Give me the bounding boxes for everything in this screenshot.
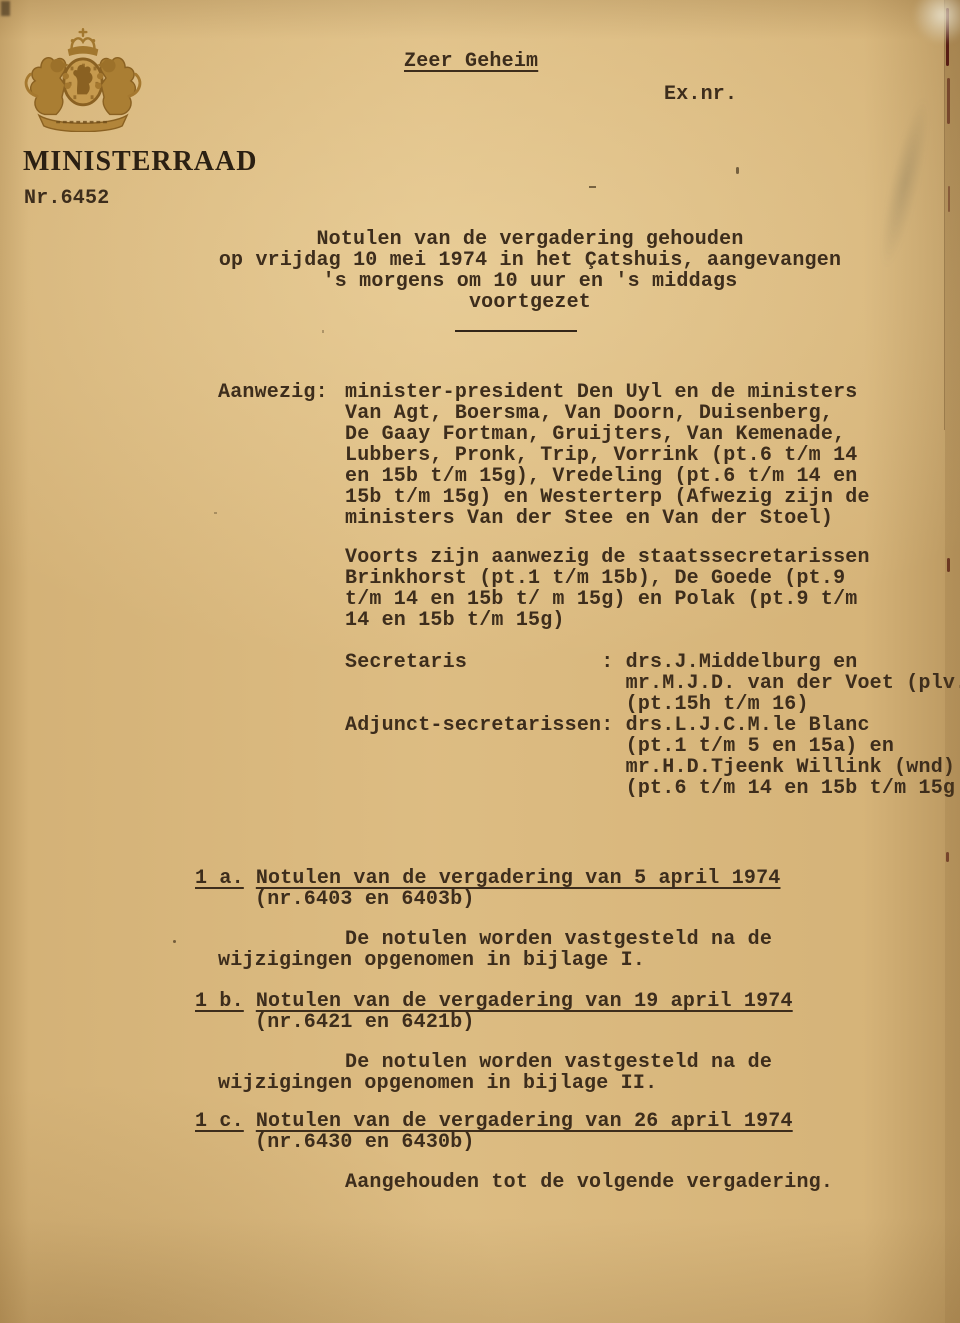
agenda-item-decision: De notulen worden vastgesteld na de wijz… [218,929,935,971]
secretariat-list: Secretaris : drs.J.Middelburg en mr.M.J.… [345,652,960,799]
attendance-line: 15b t/m 15g) en Westerterp (Afwezig zijn… [345,487,870,508]
agenda-item: 1 b.Notulen van de vergadering van 19 ap… [195,991,935,1094]
agenda-item-ref: (nr.6421 en 6421b) [255,1012,935,1033]
paper-speck [214,512,217,514]
meeting-title-line: op vrijdag 10 mei 1974 in het Çatshuis, … [180,250,880,271]
also-present-line: 14 en 15b t/m 15g) [345,610,870,631]
edge-mark [946,852,949,862]
agenda-item: 1 c.Notulen van de vergadering van 26 ap… [195,1111,935,1193]
corner-speck [1,1,10,16]
paper-speck [589,186,596,188]
agenda-item: 1 a.Notulen van de vergadering van 5 apr… [195,868,935,971]
secretariat-line: (pt.15h t/m 16) [345,694,960,715]
decision-line: wijzigingen opgenomen in bijlage I. [218,950,935,971]
decision-line: Aangehouden tot de volgende vergadering. [345,1172,935,1193]
agenda-item-heading: 1 c.Notulen van de vergadering van 26 ap… [195,1111,935,1132]
copy-number-label: Ex.nr. [664,84,737,105]
decision-line: De notulen worden vastgesteld na de [345,929,935,950]
agenda-item-heading: 1 a.Notulen van de vergadering van 5 apr… [195,868,935,889]
meeting-title-line: Notulen van de vergadering gehouden [180,229,880,250]
secretariat-line: mr.M.J.D. van der Voet (plv. [345,673,960,694]
agenda-item-number: 1 a. [195,867,244,890]
classification-stamp: Zeer Geheim [404,51,538,72]
meeting-title-line: 's morgens om 10 uur en 's middags [180,271,880,292]
dutch-royal-coat-of-arms-icon [16,26,150,132]
corner-highlight [913,0,960,44]
attendance-line: Van Agt, Boersma, Van Doorn, Duisenberg, [345,403,870,424]
agenda-item-title: Notulen van de vergadering van 5 april 1… [256,867,781,890]
attendance-line: ministers Van der Stee en Van der Stoel) [345,508,870,529]
secretariat-line: Adjunct-secretarissen: drs.L.J.C.M.le Bl… [345,715,960,736]
edge-mark [947,78,950,124]
secretariat-line: mr.H.D.Tjeenk Willink (wnd) [345,757,960,778]
meeting-title-line: voortgezet [180,292,880,313]
agenda-item-title: Notulen van de vergadering van 26 april … [256,1110,793,1133]
edge-mark [948,186,950,212]
paper-speck [322,330,324,333]
attendance-line: minister-president Den Uyl en de ministe… [345,382,870,403]
agenda-item-number: 1 b. [195,990,244,1013]
paper-speck [736,167,739,174]
agenda-item-decision: De notulen worden vastgesteld na de wijz… [218,1052,935,1094]
agenda-item-title: Notulen van de vergadering van 19 april … [256,990,793,1013]
organization-title: MINISTERRAAD [23,147,257,177]
edge-mark [947,558,950,572]
attendance-line: De Gaay Fortman, Gruijters, Van Kemenade… [345,424,870,445]
also-present-list: Voorts zijn aanwezig de staatssecretaris… [345,547,870,631]
secretariat-line: Secretaris : drs.J.Middelburg en [345,652,960,673]
agenda-item-ref: (nr.6430 en 6430b) [255,1132,935,1153]
agenda-item-ref: (nr.6403 en 6403b) [255,889,935,910]
decision-line: De notulen worden vastgesteld na de [345,1052,935,1073]
agenda-item-heading: 1 b.Notulen van de vergadering van 19 ap… [195,991,935,1012]
also-present-line: t/m 14 en 15b t/ m 15g) en Polak (pt.9 t… [345,589,870,610]
agenda-item-decision: Aangehouden tot de volgende vergadering. [218,1172,935,1193]
separator-rule [455,330,577,332]
pencil-smudge [872,94,939,271]
also-present-line: Brinkhorst (pt.1 t/m 15b), De Goede (pt.… [345,568,870,589]
also-present-line: Voorts zijn aanwezig de staatssecretaris… [345,547,870,568]
secretariat-line: (pt.6 t/m 14 en 15b t/m 15g [345,778,960,799]
paper-edge-line [944,0,945,430]
scanned-document-page: Zeer Geheim Ex.nr. MINISTERRAAD Nr.6452 … [0,0,960,1323]
attendance-label: Aanwezig: [218,382,328,403]
decision-line: wijzigingen opgenomen in bijlage II. [218,1073,935,1094]
attendance-line: Lubbers, Pronk, Trip, Vorrink (pt.6 t/m … [345,445,870,466]
agenda-item-number: 1 c. [195,1110,244,1133]
meeting-title: Notulen van de vergadering gehouden op v… [180,229,880,313]
secretariat-line: (pt.1 t/m 5 en 15a) en [345,736,960,757]
document-number: Nr.6452 [24,188,109,209]
attendance-list: minister-president Den Uyl en de ministe… [345,382,870,529]
attendance-line: en 15b t/m 15g), Vredeling (pt.6 t/m 14 … [345,466,870,487]
paper-speck [173,940,176,943]
